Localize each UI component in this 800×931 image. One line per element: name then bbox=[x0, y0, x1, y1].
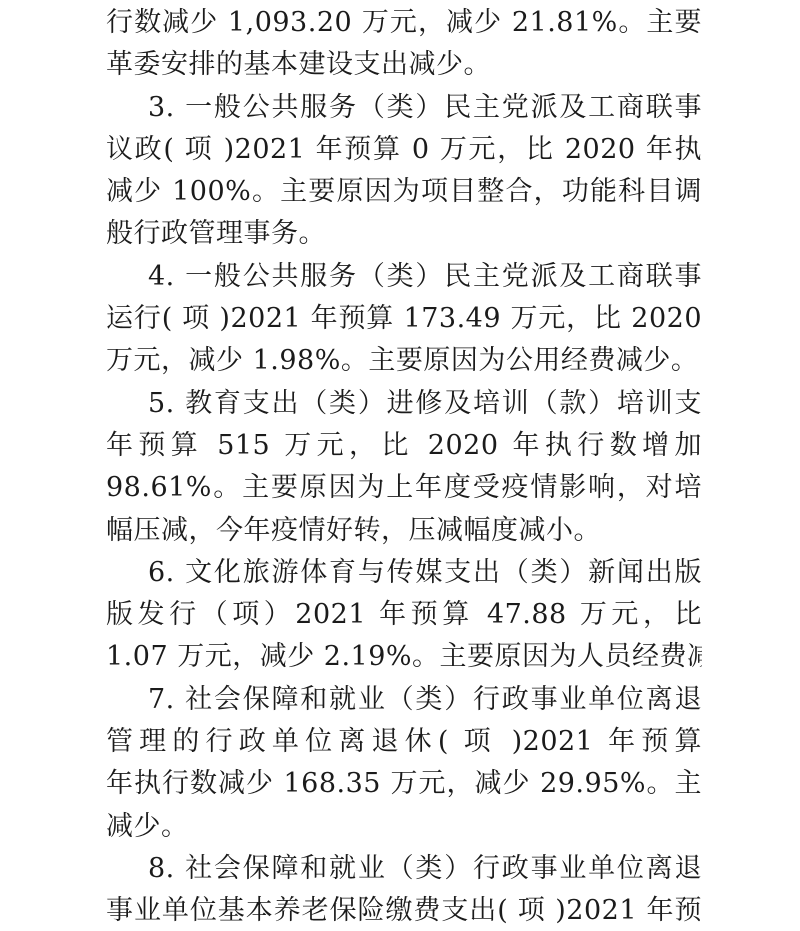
document-text: 行数减少 1,093.20 万元，减少 21.81%。主要原因为国家发展改革委安… bbox=[106, 2, 702, 931]
text-line: 7. 社会保障和就业（类）行政事业单位离退休（款）归口 bbox=[106, 679, 702, 721]
text-line: 减少。 bbox=[106, 806, 702, 848]
text-line: 般行政管理事务。 bbox=[106, 213, 702, 255]
text-line: 6. 文化旅游体育与传媒支出（类）新闻出版电影（款）出 bbox=[106, 552, 702, 594]
text-line: 行数减少 1,093.20 万元，减少 21.81%。主要原因为国家发展改 bbox=[106, 2, 702, 44]
text-line: 5. 教育支出（类）进修及培训（款）培训支出（项）2021 bbox=[106, 383, 702, 425]
text-line: 4. 一般公共服务（类）民主党派及工商联事务（款）事业 bbox=[106, 256, 702, 298]
text-line: 革委安排的基本建设支出减少。 bbox=[106, 44, 702, 86]
text-line: 万元，减少 1.98%。主要原因为公用经费减少。 bbox=[106, 340, 702, 382]
text-line: 管理的行政单位离退休( 项 )2021 年预算 393.74 万元，比 2020 bbox=[106, 721, 702, 763]
text-line: 议政( 项 )2021 年预算 0 万元，比 2020 年执行数减少 487 万… bbox=[106, 129, 702, 171]
text-line: 运行( 项 )2021 年预算 173.49 万元，比 2020 年执行数减少 … bbox=[106, 298, 702, 340]
text-line: 8. 社会保障和就业（类）行政事业单位离退休（款）机关 bbox=[106, 848, 702, 890]
text-line: 年执行数减少 168.35 万元，减少 29.95%。主要原因为人员经费 bbox=[106, 763, 702, 805]
text-line: 98.61%。主要原因为上年度受疫情影响，对培训经费进行了大 bbox=[106, 467, 702, 509]
text-line: 幅压减，今年疫情好转，压减幅度减小。 bbox=[106, 510, 702, 552]
text-line: 年预算 515 万元，比 2020 年执行数增加 255.70 万元，增加 bbox=[106, 425, 702, 467]
text-line: 事业单位基本养老保险缴费支出( 项 )2021 年预算 488.50 万元， bbox=[106, 890, 702, 931]
text-line: 3. 一般公共服务（类）民主党派及工商联事务（款）参政 bbox=[106, 87, 702, 129]
text-line: 版发行（项）2021 年预算 47.88 万元，比 2020 年执行数减少 bbox=[106, 594, 702, 636]
document-page: 行数减少 1,093.20 万元，减少 21.81%。主要原因为国家发展改革委安… bbox=[0, 0, 800, 931]
text-line: 1.07 万元，减少 2.19%。主要原因为人员经费减少。 bbox=[106, 636, 702, 678]
text-line: 减少 100%。主要原因为项目整合，功能科目调整为 2012802 一 bbox=[106, 171, 702, 213]
